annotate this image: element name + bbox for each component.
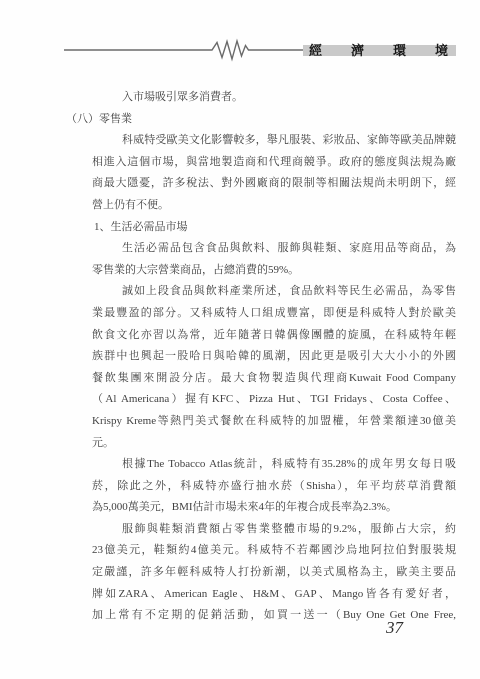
text-line: 零售業的大宗營業商品，占總消費的59%。 [92,260,456,282]
page-number: 37 [386,618,403,638]
text-line: 生活必需品包含食品與飲料、服飾與鞋類、家庭用品等商品，為 [92,238,456,260]
text-line: 為5,000萬美元，BMI估計市場未來4年的年複合成長率為2.3%。 [92,497,456,519]
text-line: 入市場吸引眾多消費者。 [92,87,456,109]
text-line: 23億美元，鞋類約4億美元。科威特不若鄰國沙烏地阿拉伯對服裝規 [92,540,456,562]
document-page: 經濟環境 入市場吸引眾多消費者。（八）零售業科威特受歐美文化影響較多，舉凡服裝、… [0,0,480,679]
text-line: 餐飲集團來開設分店。最大食物製造與代理商Kuwait Food Company [92,368,456,390]
text-line: 科威特受歐美文化影響較多，舉凡服裝、彩妝品、家飾等歐美品牌競 [92,130,456,152]
text-line: 誠如上段食品與飲料產業所述，食品飲料等民生必需品，為零售 [92,281,456,303]
text-line: 菸，除此之外，科威特亦盛行抽水菸（Shisha），年平均菸草消費額 [92,476,456,498]
document-body: 入市場吸引眾多消費者。（八）零售業科威特受歐美文化影響較多，舉凡服裝、彩妝品、家… [66,87,456,627]
text-line: 營上仍有不便。 [92,195,456,217]
text-line: （Al Americana）握有KFC、Pizza Hut、TGI Friday… [92,389,456,411]
text-line: 元。 [92,433,456,455]
text-line: 商最大隱憂，許多稅法、對外國廠商的限制等相關法規尚未明朗下，經 [92,173,456,195]
text-line: 族群中也興起一股哈日與哈韓的風潮，因此更是吸引大大小小的外國 [92,346,456,368]
text-line: 服飾與鞋類消費額占零售業整體市場的9.2%，服飾占大宗，約 [92,519,456,541]
text-line: 牌如ZARA、American Eagle、H&M、GAP、Mango皆各有愛好… [92,584,456,606]
text-line: Krispy Kreme等熱門美式餐飲在科威特的加盟權，年營業額達30億美 [92,411,456,433]
text-line: 定嚴謹，許多年輕科威特人打扮新潮，以美式風格為主，歐美主要品 [92,562,456,584]
running-head-title: 經濟環境 [309,43,477,58]
text-line: （八）零售業 [66,109,456,131]
text-line: 1、生活必需品市場 [94,217,456,239]
text-line: 飲食文化亦習以為常，近年隨著日韓偶像團體的旋風，在科威特年輕 [92,325,456,347]
text-line: 相進入這個市場，與當地製造商和代理商競爭。政府的態度與法規為廠 [92,152,456,174]
seismic-waveform-icon [0,0,480,70]
text-line: 根據The Tobacco Atlas統計，科威特有35.28%的成年男女每日吸 [92,454,456,476]
text-line: 業最豐盈的部分。又科威特人口組成豐富，即便是科威特人對於歐美 [92,303,456,325]
